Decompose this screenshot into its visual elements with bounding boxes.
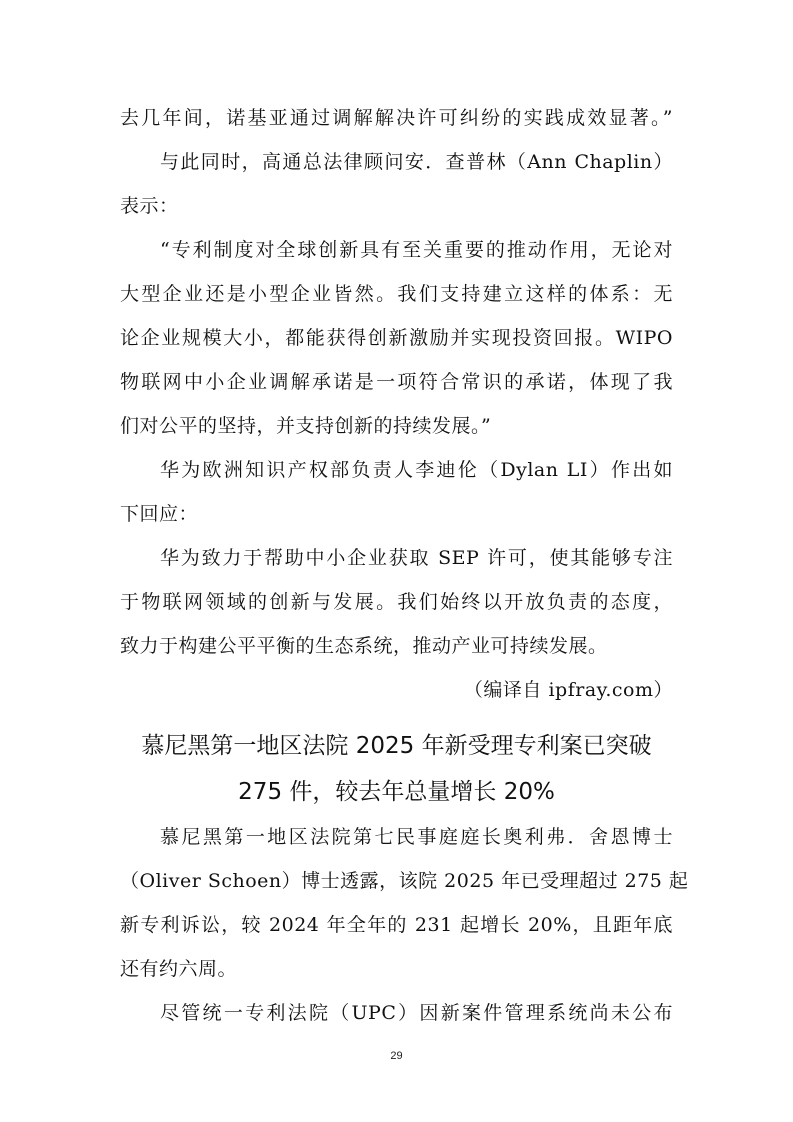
paragraph-line: 去几年间，诺基亚通过调解解决许可纠纷的实践成效显著。” — [120, 105, 673, 131]
article-title-line-1: 慕尼黑第一地区法院 2025 年新受理专利案已突破 — [100, 730, 693, 762]
quote-line: 大型企业还是小型企业皆然。我们支持建立这样的体系：无 — [120, 281, 673, 307]
paragraph-line: 下回应： — [120, 501, 673, 527]
quote-line: 论企业规模大小，都能获得创新激励并实现投资回报。WIPO — [120, 325, 673, 351]
paragraph-line: 与此同时，高通总法律顾问安．查普林（Ann Chaplin） — [160, 149, 673, 175]
page-number: 29 — [0, 1050, 793, 1062]
paragraph-line: 表示： — [120, 193, 673, 219]
paragraph-line: 新专利诉讼，较 2024 年全年的 231 起增长 20%，且距年底 — [120, 912, 673, 938]
paragraph-line: 尽管统一专利法院（UPC）因新案件管理系统尚未公布 — [160, 1000, 673, 1026]
quote-line: 们对公平的坚持，并支持创新的持续发展。” — [120, 413, 673, 439]
paragraph-line: 慕尼黑第一地区法院第七民事庭庭长奥利弗．舍恩博士 — [160, 824, 673, 850]
article-title-line-2: 275 件，较去年总量增长 20% — [100, 776, 693, 808]
paragraph-line: 于物联网领域的创新与发展。我们始终以开放负责的态度， — [120, 589, 673, 615]
paragraph-line: 华为致力于帮助中小企业获取 SEP 许可，使其能够专注 — [160, 545, 673, 571]
quote-line: 物联网中小企业调解承诺是一项符合常识的承诺，体现了我 — [120, 369, 673, 395]
source-note: （编译自 ipfray.com） — [120, 677, 673, 703]
quote-line: “专利制度对全球创新具有至关重要的推动作用，无论对 — [160, 237, 673, 263]
paragraph-line: 华为欧洲知识产权部负责人李迪伦（Dylan LI）作出如 — [160, 457, 673, 483]
document-page: 去几年间，诺基亚通过调解解决许可纠纷的实践成效显著。” 与此同时，高通总法律顾问… — [0, 0, 793, 1122]
paragraph-line: （Oliver Schoen）博士透露，该院 2025 年已受理超过 275 起 — [120, 868, 673, 894]
paragraph-line: 还有约六周。 — [120, 956, 673, 982]
paragraph-line: 致力于构建公平平衡的生态系统，推动产业可持续发展。 — [120, 633, 673, 659]
